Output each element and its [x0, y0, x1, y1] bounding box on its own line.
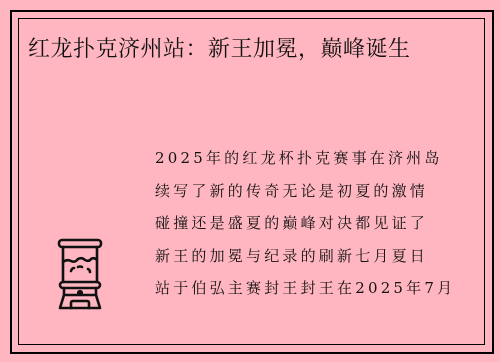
article-title[interactable]: 红龙扑克济州站：新王加冕，巅峰诞生: [28, 28, 473, 72]
excerpt-line: 碰撞还是盛夏的巅峰对决都见证了: [155, 207, 470, 240]
excerpt-line: 站于伯弘主赛封王封王在2025年7月: [155, 272, 470, 305]
article-excerpt: 2025年的红龙杯扑克赛事在济州岛 续写了新的传奇无论是初夏的激情 碰撞还是盛夏…: [155, 142, 470, 305]
excerpt-line: 新王的加冕与纪录的刷新七月夏日: [155, 240, 470, 273]
excerpt-line: 2025年的红龙杯扑克赛事在济州岛: [155, 142, 470, 175]
dispenser-icon: [55, 238, 105, 310]
excerpt-line: 续写了新的传奇无论是初夏的激情: [155, 175, 470, 208]
